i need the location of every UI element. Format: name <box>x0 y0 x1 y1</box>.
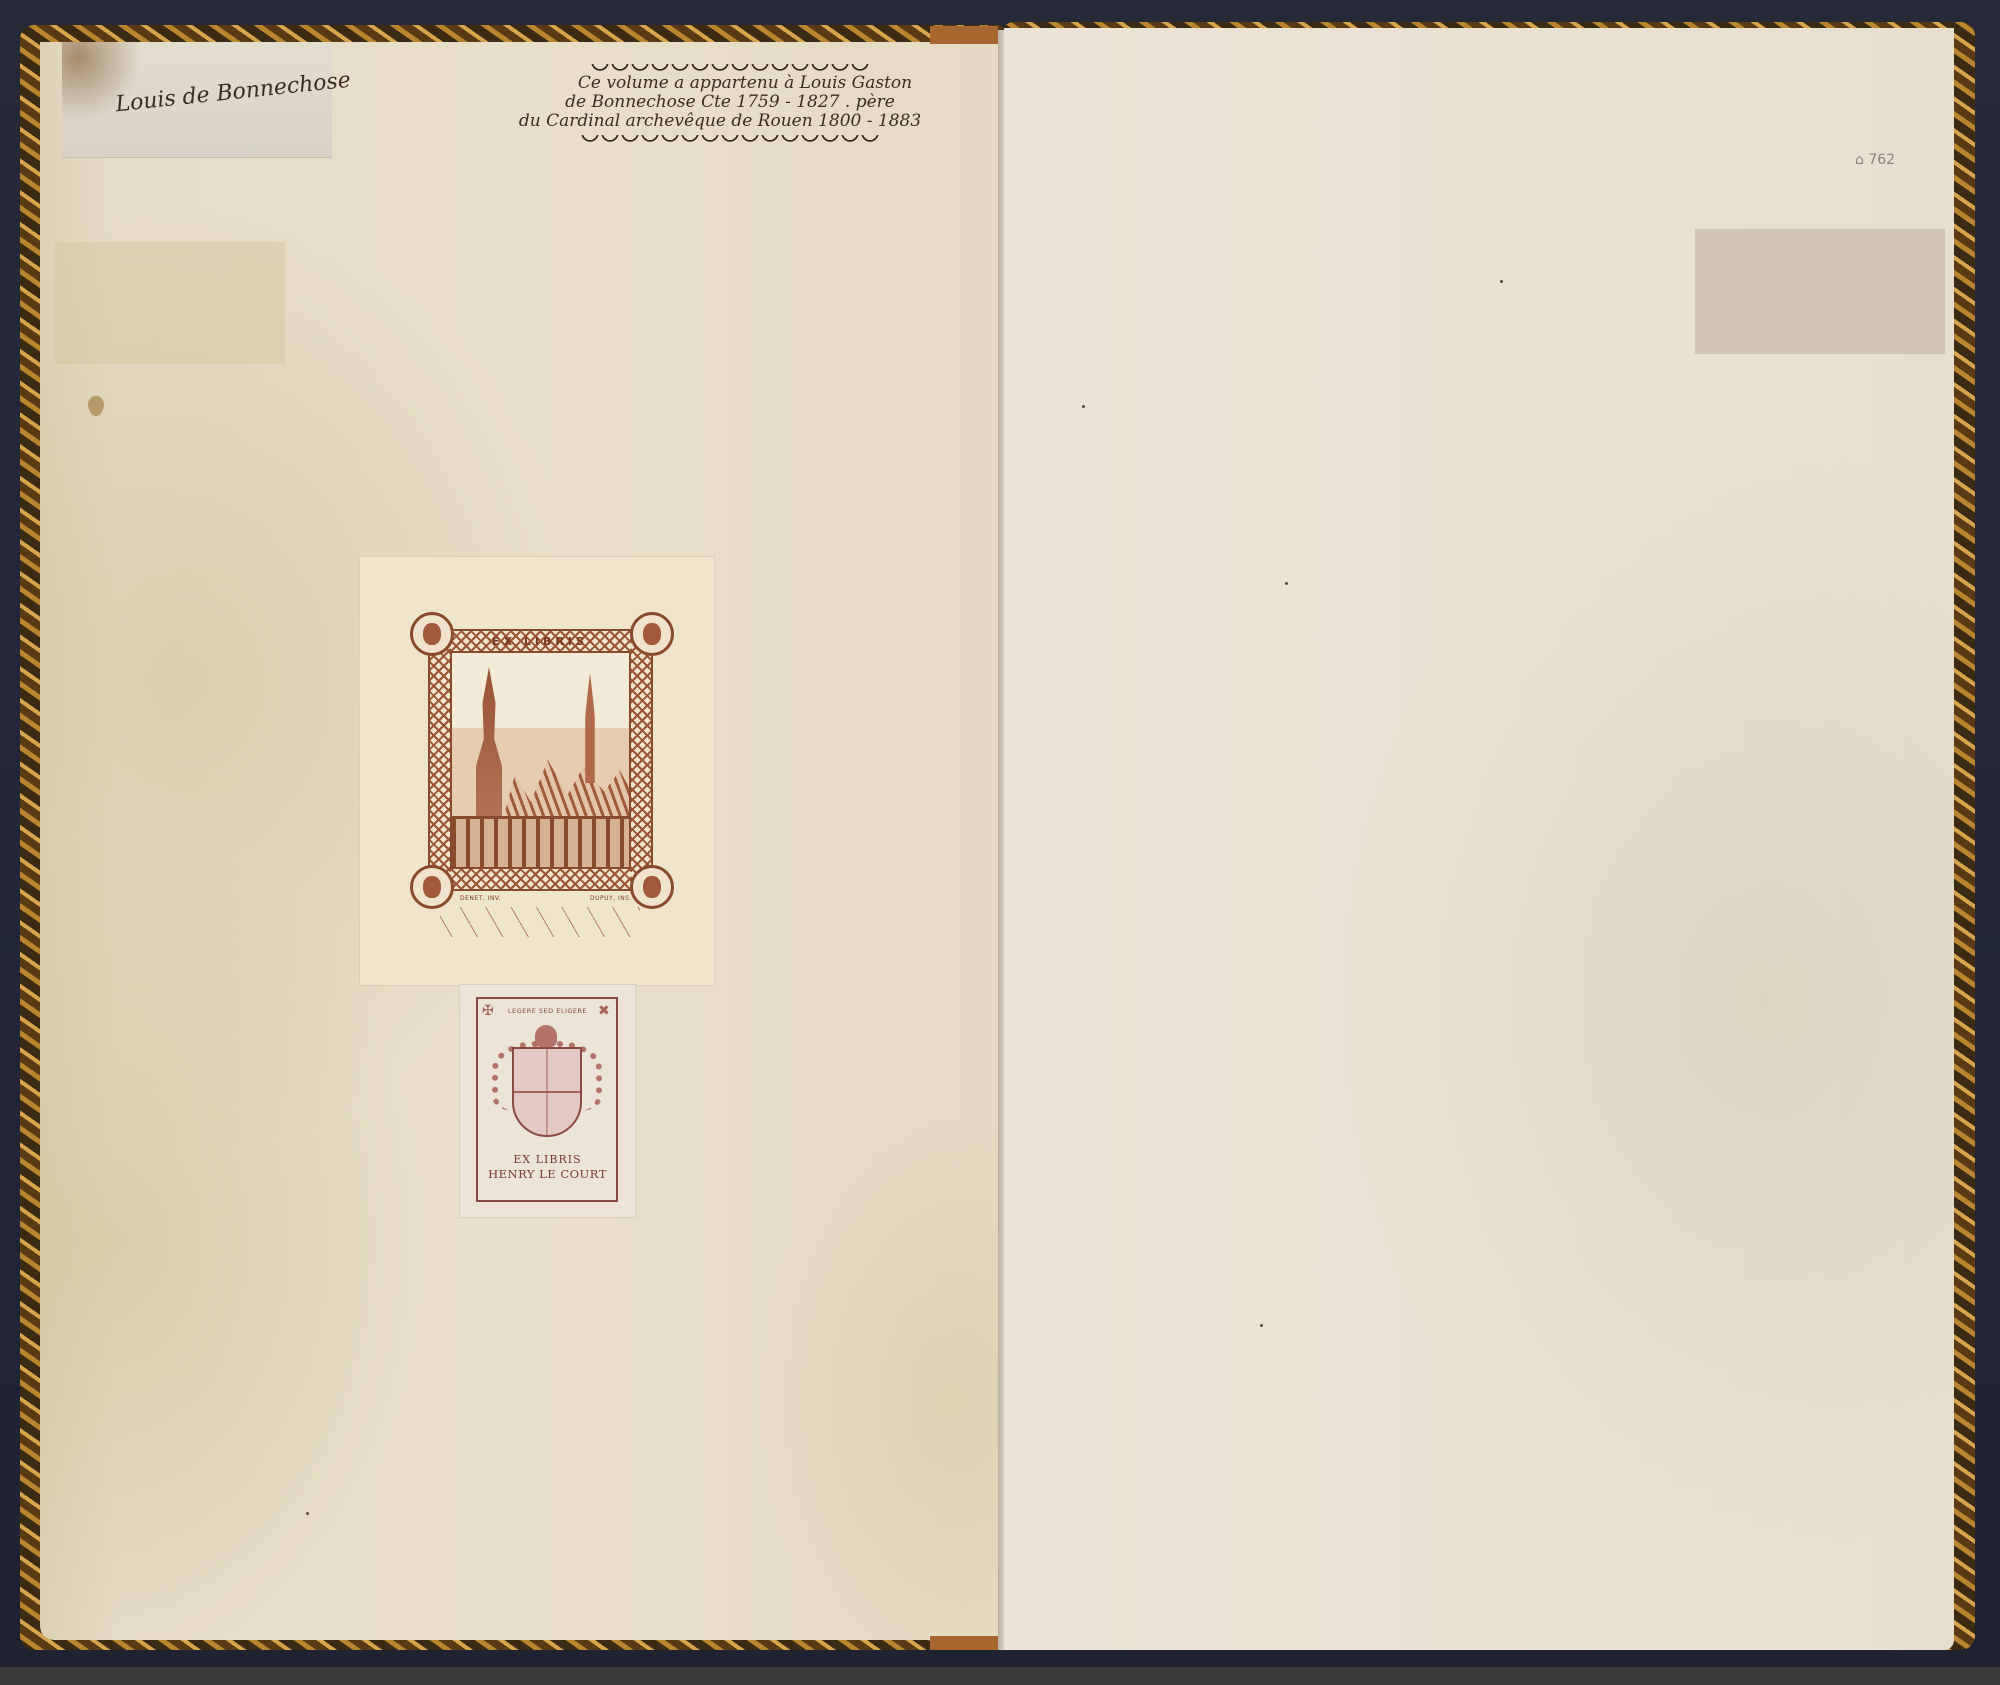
church-tower <box>582 673 598 783</box>
spine-leather-bottom <box>930 1636 998 1650</box>
engraver-credit: DUPUY, INS. <box>590 895 632 902</box>
glue-stain-patch <box>55 242 285 364</box>
artist-credit: DENET, INV. <box>460 895 501 902</box>
ex-libris-label: EX LIBRIS <box>460 1153 635 1166</box>
wavy-rule-bottom <box>580 135 880 145</box>
note-line-1: Ce volume a appartenu à Louis Gaston <box>530 74 930 93</box>
foxing-spot <box>1260 1324 1263 1327</box>
coin-medallion-icon <box>410 612 454 656</box>
coin-medallion-icon <box>630 612 674 656</box>
foxing-spot <box>1285 582 1288 585</box>
grass-flourish <box>440 907 640 937</box>
foxing-spot <box>1082 405 1085 408</box>
bookplate-city-view: EX LIBRIS DENET, INV. DUPUY, INS. <box>360 557 714 985</box>
helm-crest-icon <box>535 1025 557 1047</box>
foxing-spot <box>306 1512 309 1515</box>
note-line-3: du Cardinal archevêque de Rouen 1800 - 1… <box>510 112 930 131</box>
city-view-illustration <box>450 651 631 869</box>
provenance-note: Ce volume a appartenu à Louis Gaston de … <box>530 64 930 145</box>
pencil-shelfmark: ⌂ 762 <box>1855 152 1895 168</box>
tape-residue-patch <box>1695 229 1945 354</box>
bookplate-owner-name: HENRY LE COURT <box>460 1167 635 1181</box>
coat-of-arms-shield <box>512 1047 582 1137</box>
viewer-bottom-bar <box>0 1667 2000 1685</box>
note-line-2: de Bonnechose Cte 1759 - 1827 . père <box>530 93 930 112</box>
motto-ribbon: LEGERE SED ELIGERE <box>460 1007 635 1015</box>
coin-medallion-icon <box>630 865 674 909</box>
foxing-spot <box>1500 280 1503 283</box>
bookplate-henry-le-court: ✠ ✖ LEGERE SED ELIGERE EX LIBRIS HENRY L… <box>460 985 635 1217</box>
book-gutter <box>998 30 1004 1650</box>
rooftops <box>502 753 631 823</box>
spine-leather-top <box>930 26 998 44</box>
gothic-balustrade <box>452 816 629 867</box>
coin-medallion-icon <box>410 865 454 909</box>
ex-libris-border-text: EX LIBRIS <box>480 635 600 648</box>
